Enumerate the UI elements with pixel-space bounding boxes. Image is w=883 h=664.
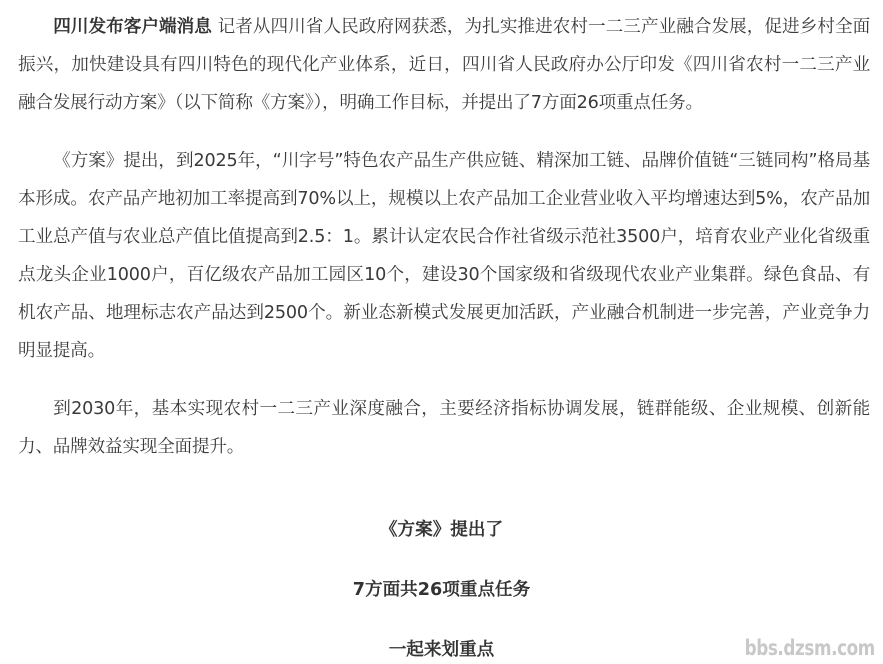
paragraph-intro: 四川发布客户端消息 记者从四川省人民政府网获悉，为扎实推进农村一二三产业融合发展…	[18, 8, 870, 122]
article-body: 四川发布客户端消息 记者从四川省人民政府网获悉，为扎实推进农村一二三产业融合发展…	[18, 8, 870, 486]
paragraph-2025-goals: 《方案》提出，到2025年，“川字号”特色农产品生产供应链、精深加工链、品牌价值…	[18, 142, 870, 370]
paragraph-text: 《方案》提出，到2025年，“川字号”特色农产品生产供应链、精深加工链、品牌价值…	[18, 151, 870, 361]
source-lead: 四川发布客户端消息	[53, 17, 212, 37]
headline-tasks: 7方面共26项重点任务	[0, 576, 883, 601]
headline-proposal: 《方案》提出了	[0, 516, 883, 541]
paragraph-2030-goals: 到2030年，基本实现农村一二三产业深度融合，主要经济指标协调发展，链群能级、企…	[18, 390, 870, 466]
paragraph-text: 到2030年，基本实现农村一二三产业深度融合，主要经济指标协调发展，链群能级、企…	[18, 399, 870, 457]
watermark: bbs.dzsm.com	[745, 636, 875, 660]
